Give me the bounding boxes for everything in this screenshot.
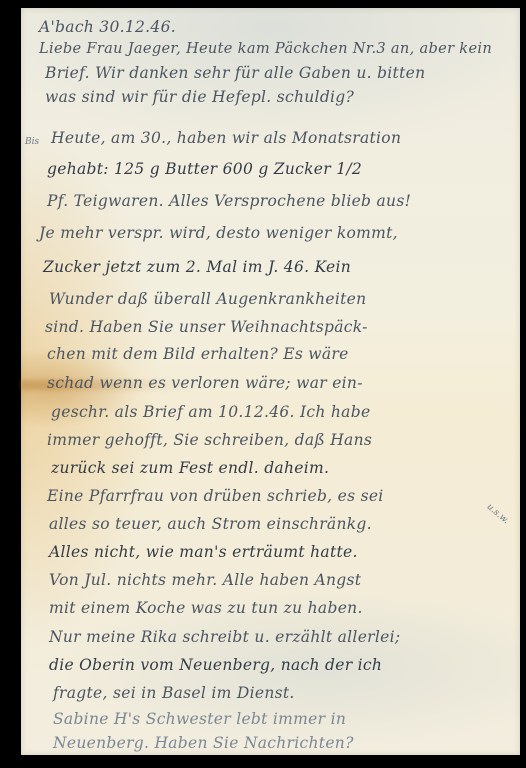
- letter-line: Zucker jetzt zum 2. Mal im J. 46. Kein: [43, 258, 351, 276]
- letter-line: Nur meine Rika schreibt u. erzählt aller…: [49, 628, 400, 646]
- letter-line: was sind wir für die Hefepl. schuldig?: [45, 88, 354, 106]
- letter-line: sind. Haben Sie unser Weihnachtspäck-: [45, 318, 368, 336]
- letter-line: immer gehofft, Sie schreiben, daß Hans: [47, 431, 372, 449]
- letter-line: fragte, sei in Basel im Dienst.: [53, 684, 295, 702]
- letter-line: Eine Pfarrfrau von drüben schrieb, es se…: [47, 487, 384, 505]
- margin-note-right: u.s.w.: [485, 502, 511, 526]
- letter-line: Je mehr verspr. wird, desto weniger komm…: [39, 224, 398, 242]
- letter-line: mit einem Koche was zu tun zu haben.: [49, 599, 363, 617]
- letter-line: chen mit dem Bild erhalten? Es wäre: [47, 345, 349, 363]
- letter-line: alles so teuer, auch Strom einschränkg.: [49, 515, 372, 533]
- letter-line: Sabine H's Schwester lebt immer in: [53, 710, 346, 728]
- date-line: A'bach 30.12.46.: [39, 18, 176, 36]
- letter-page: Bis u.s.w. A'bach 30.12.46. Liebe Frau J…: [21, 8, 520, 755]
- letter-line: Heute, am 30., haben wir als Monatsratio…: [51, 129, 401, 147]
- letter-line: Von Jul. nichts mehr. Alle haben Angst: [49, 571, 361, 589]
- letter-line: zurück sei zum Fest endl. daheim.: [51, 459, 329, 477]
- letter-line: Neuenberg. Haben Sie Nachrichten?: [53, 734, 354, 752]
- letter-line: gehabt: 125 g Butter 600 g Zucker 1/2: [47, 160, 362, 178]
- letter-line: Pf. Teigwaren. Alles Versprochene blieb …: [47, 192, 411, 210]
- letter-line: Liebe Frau Jaeger, Heute kam Päckchen Nr…: [39, 40, 492, 57]
- letter-line: Alles nicht, wie man's erträumt hatte.: [49, 543, 358, 561]
- letter-line: schad wenn es verloren wäre; war ein-: [47, 374, 363, 392]
- letter-line: Wunder daß überall Augenkrankheiten: [49, 290, 366, 308]
- letter-line: geschr. als Brief am 10.12.46. Ich habe: [51, 403, 370, 421]
- letter-line: die Oberin vom Neuenberg, nach der ich: [49, 656, 382, 674]
- margin-note-left: Bis: [25, 137, 39, 147]
- letter-line: Brief. Wir danken sehr für alle Gaben u.…: [45, 64, 425, 82]
